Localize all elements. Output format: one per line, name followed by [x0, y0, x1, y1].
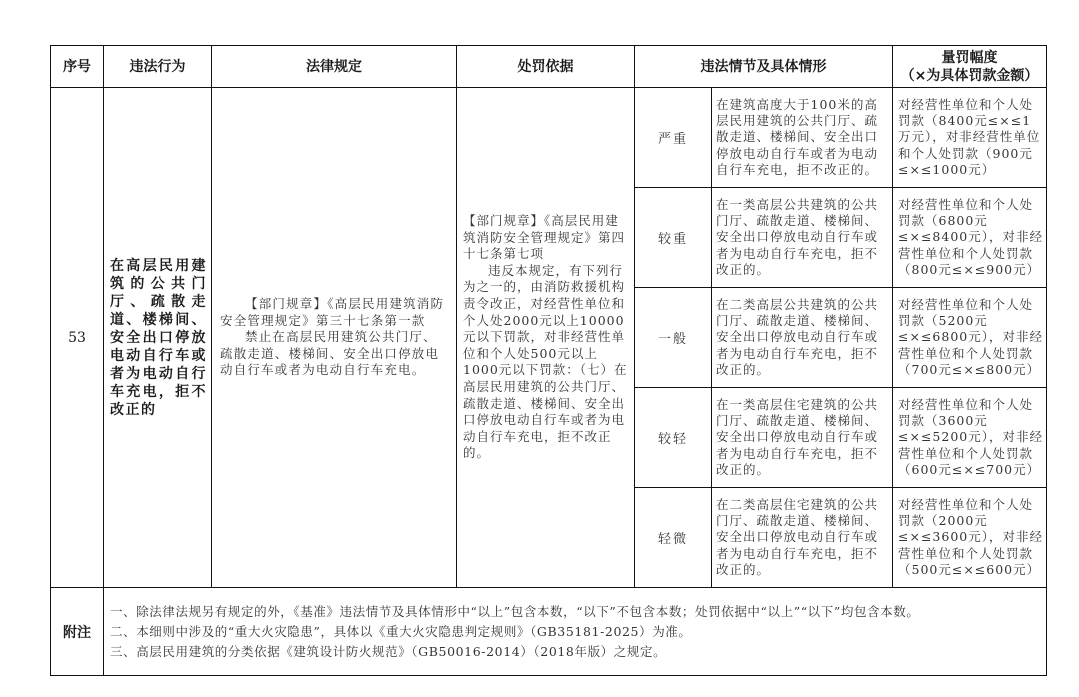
- legal-provision-source: 【部门规章】《高层民用建筑消防安全管理规定》第三十七条第一款: [220, 296, 450, 329]
- record-number: 53: [51, 88, 104, 588]
- note-item: 一、除法律法规另有规定的外，《基准》违法情节及具体情形中“以上”包含本数，“以下…: [110, 602, 1040, 622]
- header-circumstance: 违法情节及具体情形: [635, 46, 893, 88]
- fine-range: 对经营性单位和个人处罚款（3600元≤×≤5200元），对非经营性单位和个人处罚…: [893, 388, 1047, 488]
- legal-provision: 【部门规章】《高层民用建筑消防安全管理规定》第三十七条第一款 禁止在高层民用建筑…: [212, 88, 457, 588]
- penalty-basis: 【部门规章】《高层民用建筑消防安全管理规定》第四十七条第七项 违反本规定，有下列…: [457, 88, 635, 588]
- circumstance-description: 在一类高层公共建筑的公共门厅、疏散走道、楼梯间、安全出口停放电动自行车或者为电动…: [712, 188, 893, 288]
- penalty-standard-table: 序号 违法行为 法律规定 处罚依据 违法情节及具体情形 量罚幅度 （×为具体罚款…: [50, 45, 1047, 676]
- table-row: 53 在高层民用建筑的公共门厅、疏散走道、楼梯间、安全出口停放电动自行车或者为电…: [51, 88, 1047, 188]
- penalty-basis-text: 违反本规定，有下列行为之一的，由消防救援机构责令改正，对经营性单位和个人处200…: [463, 263, 628, 462]
- circumstance-description: 在建筑高度大于100米的高层民用建筑的公共门厅、疏散走道、楼梯间、安全出口停放电…: [712, 88, 893, 188]
- notes-label: 附注: [51, 588, 104, 676]
- header-range-title: 量罚幅度: [893, 49, 1046, 67]
- fine-range: 对经营性单位和个人处罚款（6800元≤×≤8400元），对非经营性单位和个人处罚…: [893, 188, 1047, 288]
- penalty-basis-source: 【部门规章】《高层民用建筑消防安全管理规定》第四十七条第七项: [463, 213, 628, 263]
- note-item: 三、高层民用建筑的分类依据《建筑设计防火规范》（GB50016-2014）（20…: [110, 642, 1040, 662]
- header-no: 序号: [51, 46, 104, 88]
- header-act: 违法行为: [104, 46, 212, 88]
- header-basis: 处罚依据: [457, 46, 635, 88]
- header-range: 量罚幅度 （×为具体罚款金额）: [893, 46, 1047, 88]
- notes-row: 附注 一、除法律法规另有规定的外，《基准》违法情节及具体情形中“以上”包含本数，…: [51, 588, 1047, 676]
- circumstance-description: 在一类高层住宅建筑的公共门厅、疏散走道、楼梯间、安全出口停放电动自行车或者为电动…: [712, 388, 893, 488]
- severity-level: 严重: [635, 88, 712, 188]
- violation-act: 在高层民用建筑的公共门厅、疏散走道、楼梯间、安全出口停放电动自行车或者为电动自行…: [104, 88, 212, 588]
- severity-level: 较轻: [635, 388, 712, 488]
- note-item: 二、本细则中涉及的“重大火灾隐患”，具体以《重大火灾隐患判定规则》（GB3518…: [110, 622, 1040, 642]
- header-row: 序号 违法行为 法律规定 处罚依据 违法情节及具体情形 量罚幅度 （×为具体罚款…: [51, 46, 1047, 88]
- fine-range: 对经营性单位和个人处罚款（5200元≤×≤6800元），对非经营性单位和个人处罚…: [893, 288, 1047, 388]
- header-range-subtitle: （×为具体罚款金额）: [893, 67, 1046, 85]
- circumstance-description: 在二类高层公共建筑的公共门厅、疏散走道、楼梯间、安全出口停放电动自行车或者为电动…: [712, 288, 893, 388]
- severity-level: 一般: [635, 288, 712, 388]
- severity-level: 轻微: [635, 488, 712, 588]
- fine-range: 对经营性单位和个人处罚款（2000元≤×≤3600元），对非经营性单位和个人处罚…: [893, 488, 1047, 588]
- notes-content: 一、除法律法规另有规定的外，《基准》违法情节及具体情形中“以上”包含本数，“以下…: [104, 588, 1047, 676]
- circumstance-description: 在二类高层住宅建筑的公共门厅、疏散走道、楼梯间、安全出口停放电动自行车或者为电动…: [712, 488, 893, 588]
- severity-level: 较重: [635, 188, 712, 288]
- header-law: 法律规定: [212, 46, 457, 88]
- fine-range: 对经营性单位和个人处罚款（8400元≤×≤1万元），对非经营性单位和个人处罚款（…: [893, 88, 1047, 188]
- legal-provision-text: 禁止在高层民用建筑公共门厅、疏散走道、楼梯间、安全出口停放电动自行车或者为电动自…: [220, 329, 450, 379]
